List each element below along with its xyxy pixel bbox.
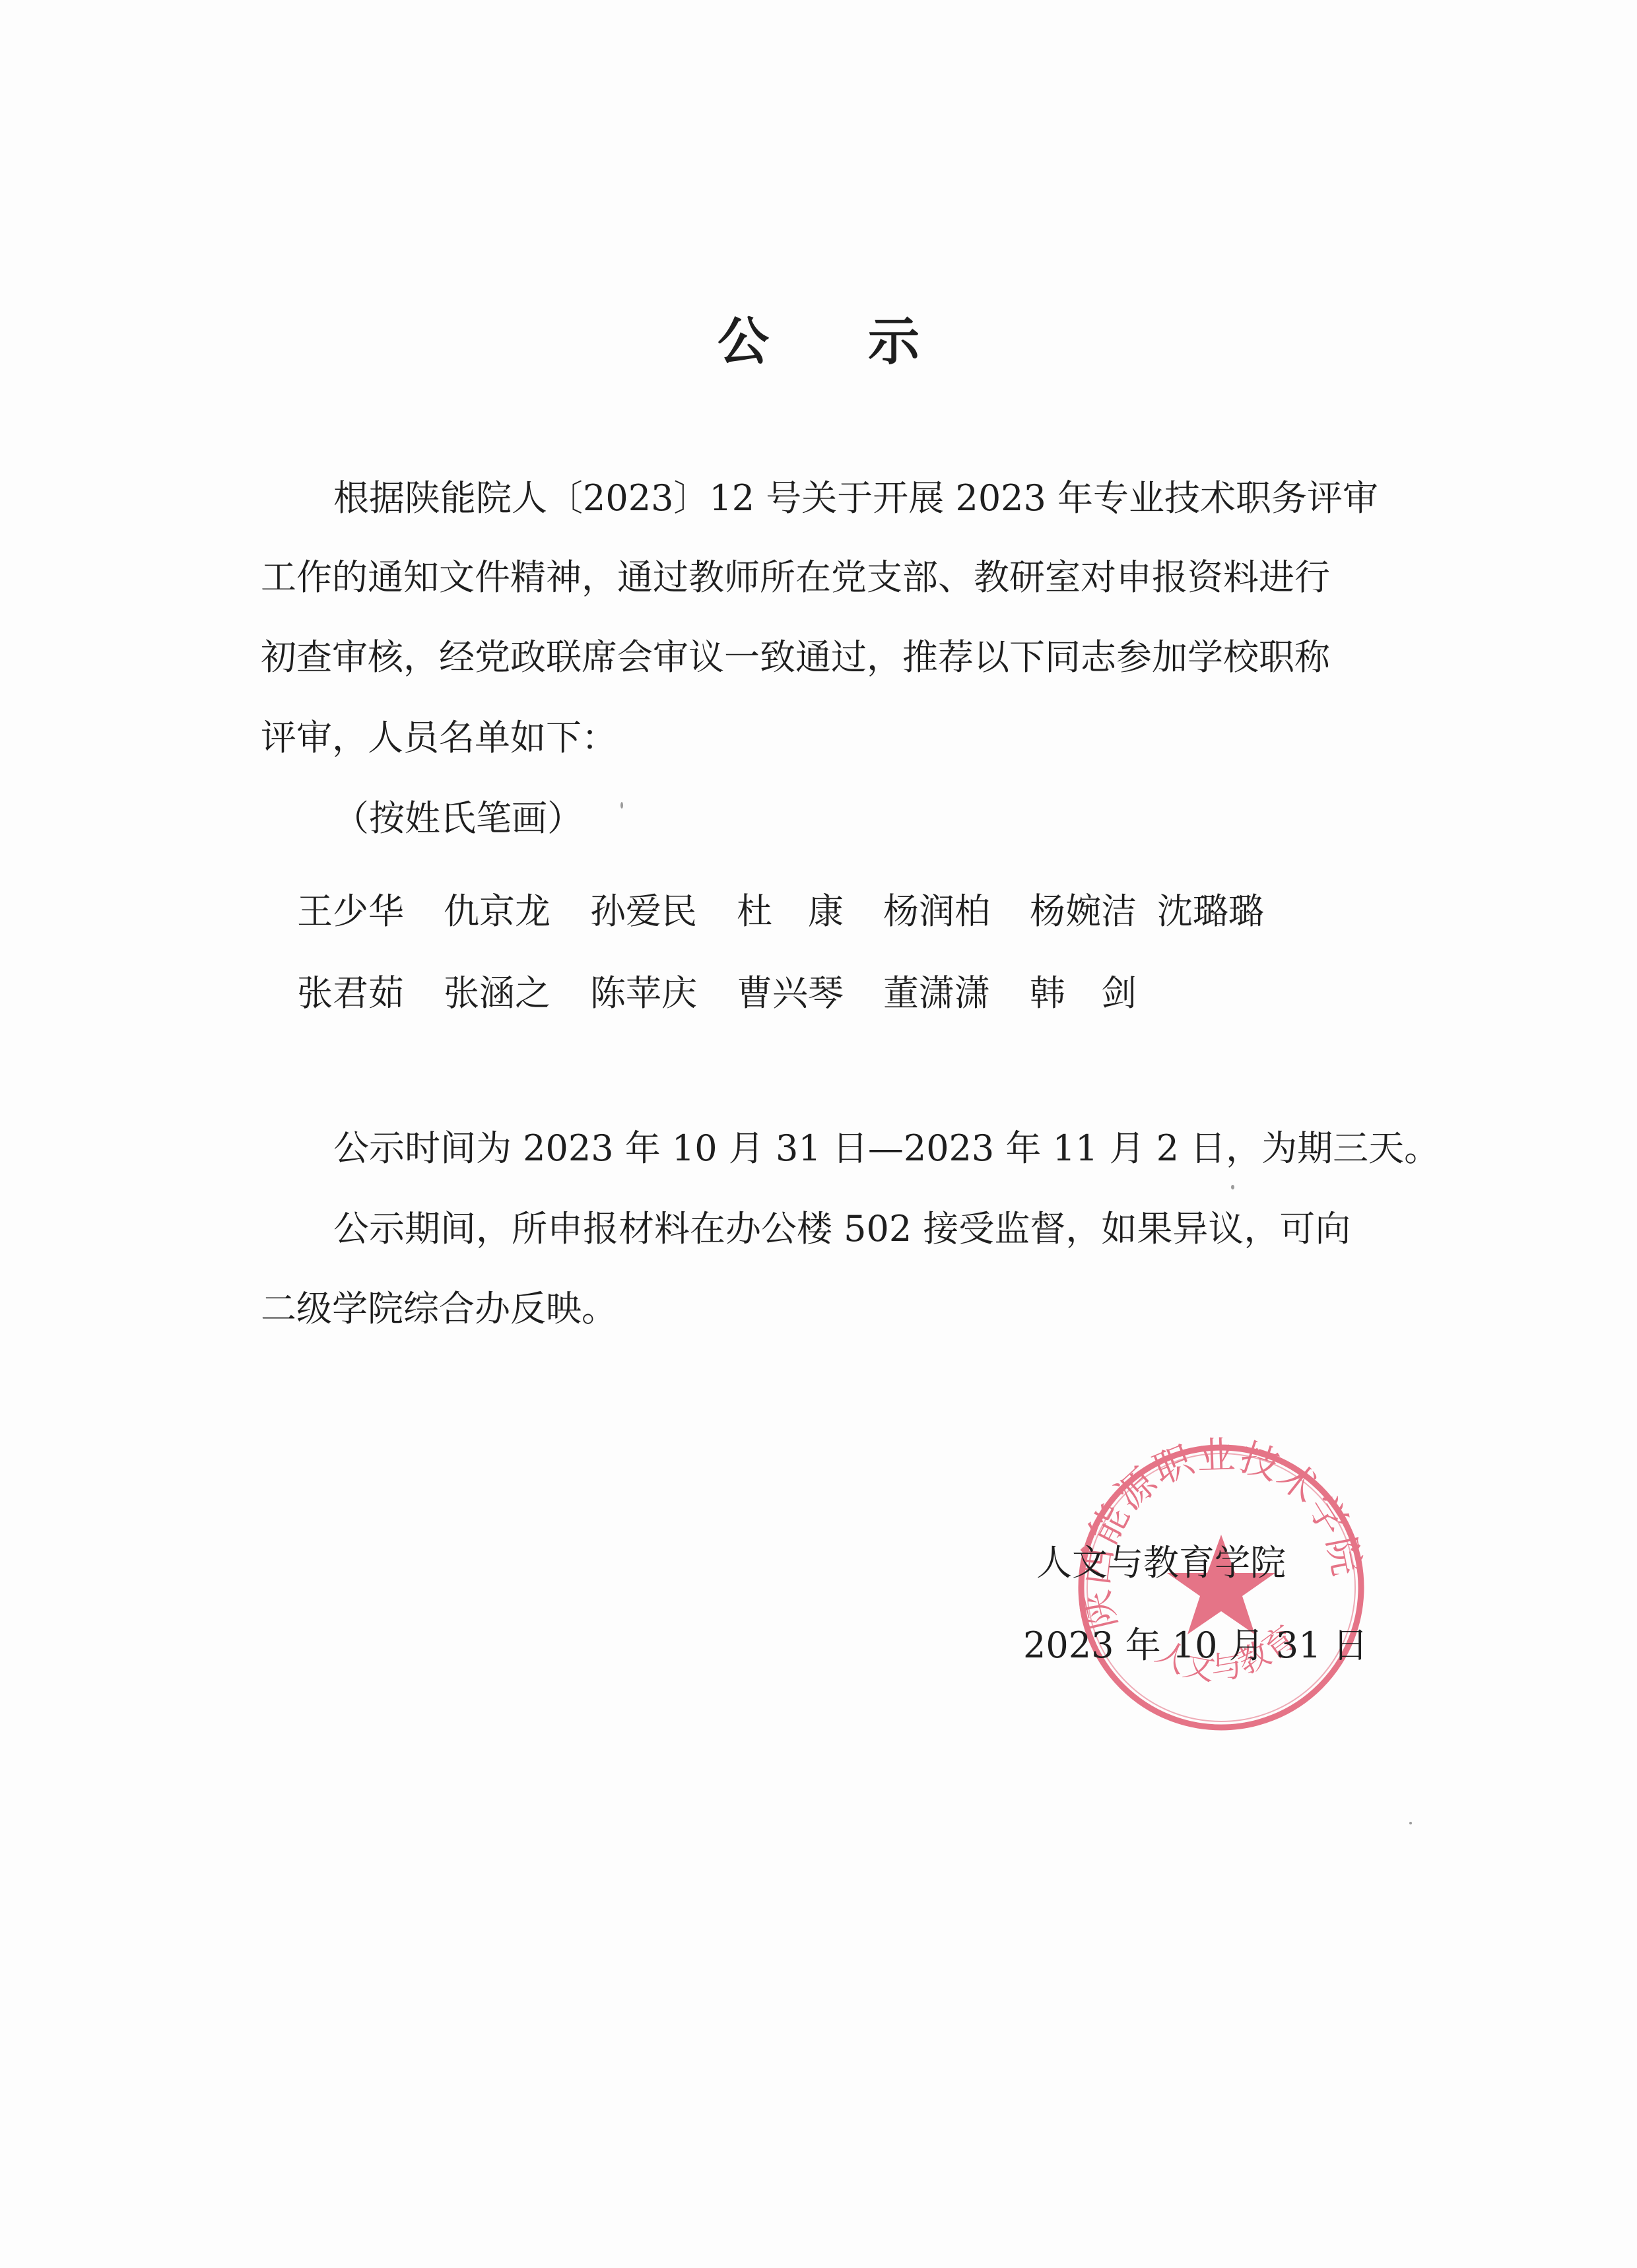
- name-item: 杨婉洁: [1030, 883, 1137, 934]
- paragraph1-line-4: 评审，人员名单如下：: [261, 718, 1350, 758]
- sort-note: （按姓氏笔画）: [333, 799, 1422, 838]
- paragraph1-line-1: 根据陕能院人〔2023〕12 号关于开展 2023 年专业技术职务评审: [333, 479, 1422, 518]
- page-title: 公示: [0, 300, 1637, 374]
- name-item: 孙爱民: [590, 883, 697, 934]
- name-item: 沈璐璐: [1157, 883, 1264, 934]
- name-item: 陈苹庆: [590, 965, 697, 1016]
- title-char-2: 示: [868, 300, 919, 374]
- scan-speck: [1409, 1822, 1412, 1824]
- name-item: 张君茹: [297, 965, 404, 1016]
- supervision-line-1: 公示期间，所申报材料在办公楼 502 接受监督，如果异议，可向: [333, 1209, 1422, 1249]
- name-item: 董潇潇: [883, 965, 990, 1016]
- name-item: 王少华: [297, 883, 404, 934]
- paragraph1-line-2: 工作的通知文件精神，通过教师所在党支部、教研室对申报资料进行: [261, 558, 1350, 597]
- name-item: 曹兴琴: [737, 965, 844, 1016]
- period-line: 公示时间为 2023 年 10 月 31 日—2023 年 11 月 2 日，为…: [333, 1129, 1422, 1168]
- document-page: 公示 根据陕能院人〔2023〕12 号关于开展 2023 年专业技术职务评审 工…: [0, 0, 1637, 2268]
- scan-speck: [620, 802, 623, 809]
- name-item: 张涵之: [444, 965, 551, 1016]
- signature-date: 2023 年 10 月 31 日: [1023, 1617, 1368, 1668]
- scan-speck: [1231, 1185, 1234, 1189]
- name-item: 韩 剑: [1030, 965, 1137, 1016]
- name-item: 杜 康: [737, 883, 844, 934]
- signature-org: 人文与教育学院: [1036, 1535, 1286, 1585]
- official-seal-icon: 陕西能源职业技术学院 人文与教育学院: [1069, 1436, 1373, 1739]
- name-item: 仇京龙: [444, 883, 551, 934]
- name-item: 杨润柏: [883, 883, 990, 934]
- paragraph1-line-3: 初查审核，经党政联席会审议一致通过，推荐以下同志参加学校职称: [261, 638, 1350, 677]
- title-char-1: 公: [718, 300, 769, 374]
- supervision-line-2: 二级学院综合办反映。: [261, 1289, 1350, 1329]
